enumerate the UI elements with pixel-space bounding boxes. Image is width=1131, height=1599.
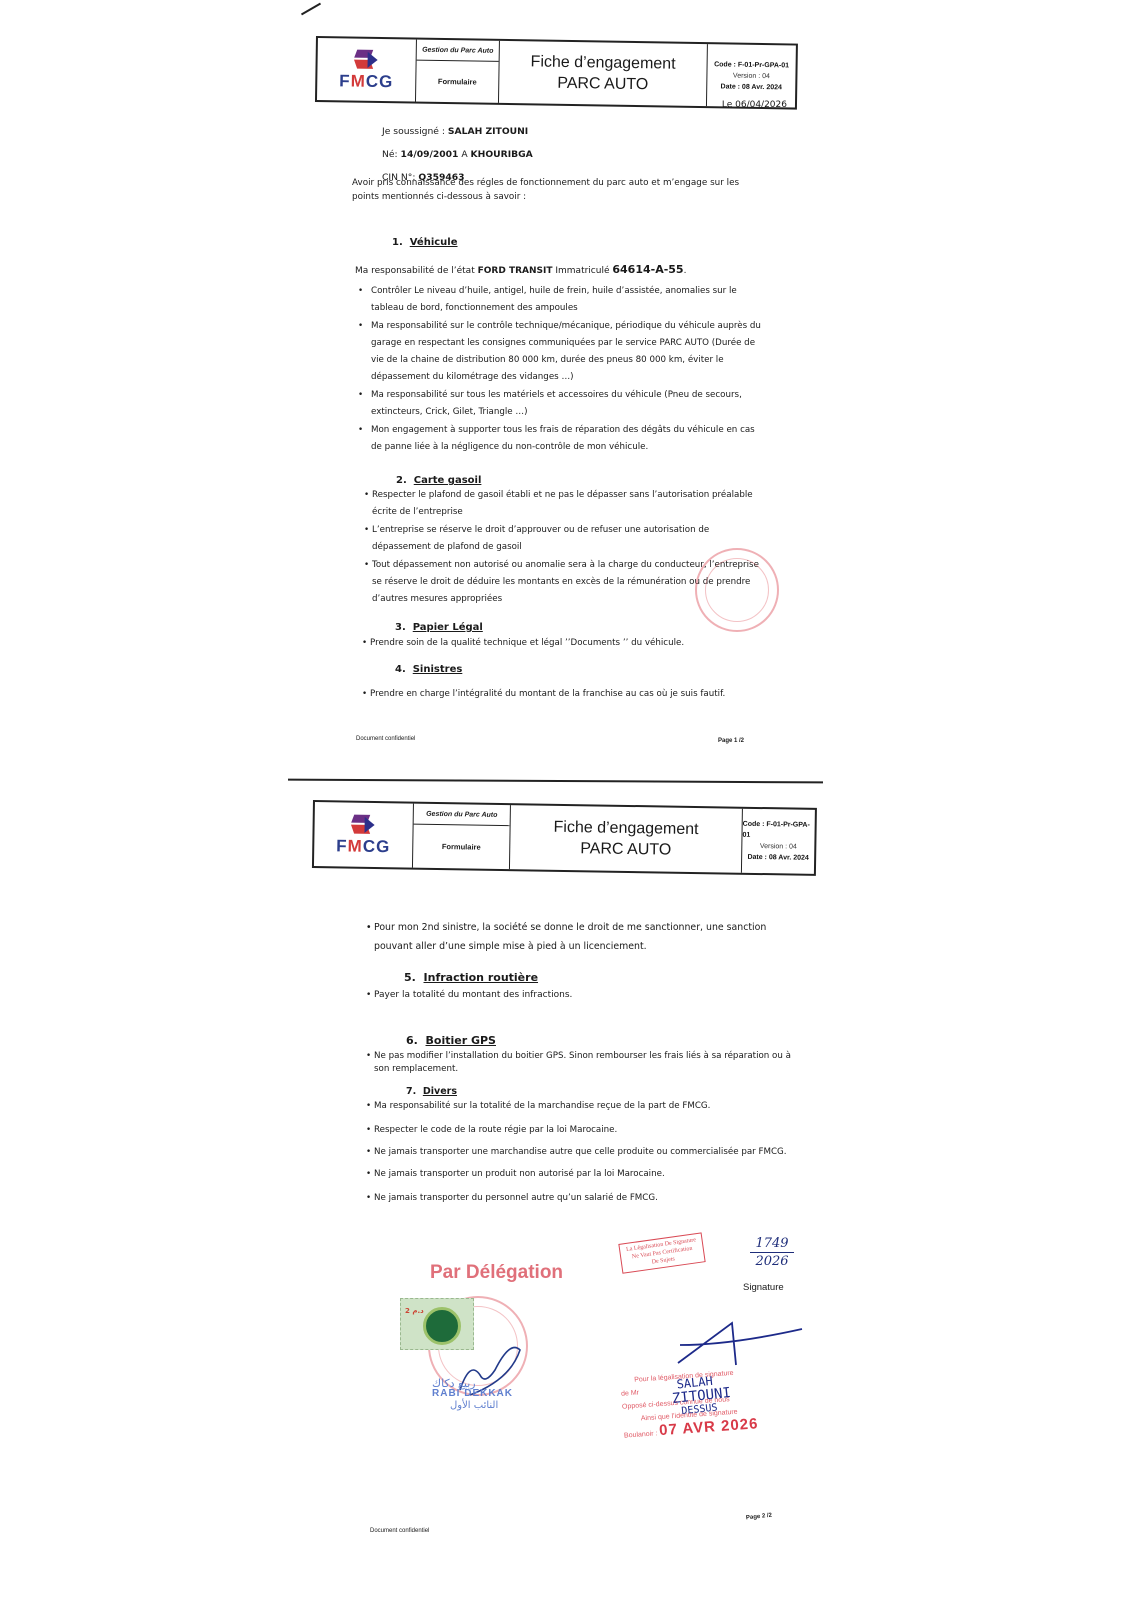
papier-items: Prendre soin de la qualité technique et … xyxy=(362,635,772,653)
section-title-carte-gasoil: 2. Carte gasoil xyxy=(396,475,481,486)
list-item: Ma responsabilité sur tous les matériels… xyxy=(355,387,767,421)
section-title-text: Papier Légal xyxy=(413,622,483,633)
title-line-1: Fiche d’engagement xyxy=(530,51,675,74)
vehicle-lead: Ma responsabilité de l’état FORD TRANSIT… xyxy=(355,263,686,276)
list-item: Prendre soin de la qualité technique et … xyxy=(362,635,772,652)
scan-edge xyxy=(301,3,321,16)
sinistres-items: Prendre en charge l’intégralité du monta… xyxy=(362,686,782,704)
section-num: 3. xyxy=(395,622,406,633)
section-title-text: Sinistres xyxy=(413,664,463,675)
company-logo: FMCG xyxy=(317,38,417,102)
fiscal-value: 2 د.م xyxy=(405,1307,424,1315)
list-item: Mon engagement à supporter tous les frai… xyxy=(355,422,767,456)
page-number: Page 1 /2 xyxy=(718,738,744,744)
list-item: L’entreprise se réserve le droit d’appro… xyxy=(364,522,764,556)
header-doc-type: Formulaire xyxy=(416,61,499,103)
birth-date: 14/09/2001 xyxy=(401,149,459,160)
vehicle-model: FORD TRANSIT xyxy=(478,266,553,276)
section-title-text: Divers xyxy=(423,1086,457,1097)
document-header: FMCG Gestion du Parc Auto Formulaire Fic… xyxy=(312,800,817,876)
soussigne-label: Je soussigné : xyxy=(382,126,445,137)
section-title-sinistres: 4. Sinistres xyxy=(395,664,462,675)
vehicle-items: Contrôler Le niveau d’huile, antigel, hu… xyxy=(355,283,767,457)
header-title: Fiche d’engagement PARC AUTO xyxy=(499,41,708,106)
birth-sep: A xyxy=(461,149,467,160)
doc-date: Date : 08 Avr. 2024 xyxy=(720,81,782,93)
registry-number: 1749 2026 xyxy=(750,1236,794,1269)
logo-text: FMCG xyxy=(336,836,390,857)
logo-text: FMCG xyxy=(339,71,393,92)
list-item: Payer la totalité du montant des infract… xyxy=(366,987,776,1004)
legal-line: Boulanoir : xyxy=(624,1430,658,1439)
officer-name: RABI DEKKAK xyxy=(432,1388,513,1399)
par-delegation-stamp: Par Délégation xyxy=(430,1262,563,1284)
page-separator xyxy=(288,779,823,784)
section-title-vehicule: 1. Véhicule xyxy=(392,237,458,248)
list-item: Respecter le plafond de gasoil établi et… xyxy=(364,487,764,521)
gps-items: Ne pas modifier l’installation du boitie… xyxy=(366,1050,794,1077)
section-title-papier-legal: 3. Papier Légal xyxy=(395,622,483,633)
list-item: Ma responsabilité sur le contrôle techni… xyxy=(355,318,767,386)
section-num: 4. xyxy=(395,664,406,675)
section-num: 5. xyxy=(404,971,416,984)
section-title-gps: 6. Boitier GPS xyxy=(406,1034,496,1047)
page-2: FMCG Gestion du Parc Auto Formulaire Fic… xyxy=(300,790,825,1590)
page-1: FMCG Gestion du Parc Auto Formulaire Fic… xyxy=(300,0,825,770)
birth-place: KHOURIBGA xyxy=(471,149,533,160)
section-num: 6. xyxy=(406,1034,418,1047)
title-line-1: Fiche d’engagement xyxy=(553,817,698,840)
header-meta: Code : F-01-Pr-GPA-01 Version : 04 Date … xyxy=(742,809,815,874)
footer-confidential: Document confidentiel xyxy=(356,736,415,742)
list-item: Ne jamais transporter un produit non aut… xyxy=(366,1166,796,1183)
logo-arrow-icon xyxy=(353,48,379,72)
section-title-infraction: 5. Infraction routière xyxy=(404,971,538,984)
header-doc-type: Formulaire xyxy=(413,825,510,870)
handwritten-name: SALAH ZITOUNI DESSUS xyxy=(670,1372,733,1420)
list-item: Contrôler Le niveau d’huile, antigel, hu… xyxy=(355,283,767,317)
section-num: 1. xyxy=(392,237,403,248)
letter-date: Le 06/04/2026 xyxy=(722,100,787,110)
company-round-stamp xyxy=(695,548,779,632)
doc-date: Date : 08 Avr. 2024 xyxy=(747,852,809,864)
employee-name: SALAH ZITOUNI xyxy=(448,126,528,137)
section-num: 7. xyxy=(406,1086,416,1097)
vehicle-plate: 64614-A-55 xyxy=(612,263,683,276)
registry-num: 1749 xyxy=(755,1236,788,1251)
title-line-2: PARC AUTO xyxy=(557,73,648,95)
header-department: Gestion du Parc Auto xyxy=(417,40,499,62)
list-item: Ne jamais transporter une marchandise au… xyxy=(366,1146,796,1159)
doc-code: Code : F-01-Pr-GPA-01 xyxy=(714,59,789,71)
section-title-text: Infraction routière xyxy=(424,971,539,984)
logo-arrow-icon xyxy=(350,813,376,837)
list-item: Ma responsabilité sur la totalité de la … xyxy=(366,1098,796,1115)
section-title-text: Véhicule xyxy=(410,237,458,248)
employee-signature xyxy=(670,1315,810,1370)
born-label: Né: xyxy=(382,149,398,160)
sinistres-continued: Pour mon 2nd sinistre, la société se don… xyxy=(366,918,796,957)
legalization-notice-stamp: La Légalisation De Signature Ne Vaut Pas… xyxy=(618,1232,706,1273)
signature-label: Signature xyxy=(743,1282,784,1293)
registry-year: 2026 xyxy=(755,1254,788,1269)
list-item: Respecter le code de la route régie par … xyxy=(366,1122,796,1139)
doc-code: Code : F-01-Pr-GPA-01 xyxy=(742,819,814,842)
doc-version: Version : 04 xyxy=(760,841,797,853)
list-item: Pour mon 2nd sinistre, la société se don… xyxy=(366,918,796,956)
header-meta: Code : F-01-Pr-GPA-01 Version : 04 Date … xyxy=(707,44,796,107)
intro-text: Avoir pris connaissance des régles de fo… xyxy=(352,176,767,204)
header-department: Gestion du Parc Auto xyxy=(414,804,510,827)
section-title-divers: 7. Divers xyxy=(406,1086,457,1097)
divers-items: Ma responsabilité sur la totalité de la … xyxy=(366,1098,796,1208)
officer-title-arabic: النائب الأول xyxy=(450,1400,498,1411)
doc-version: Version : 04 xyxy=(733,70,770,82)
page-number: Page 2 /2 xyxy=(746,1513,773,1522)
footer-confidential: Document confidentiel xyxy=(370,1528,429,1534)
list-item: Ne pas modifier l’installation du boitie… xyxy=(366,1050,794,1076)
infraction-items: Payer la totalité du montant des infract… xyxy=(366,987,776,1005)
list-item: Prendre en charge l’intégralité du monta… xyxy=(362,686,782,703)
lead-mid: Immatriculé xyxy=(555,266,609,276)
section-title-text: Carte gasoil xyxy=(414,475,482,486)
lead-prefix: Ma responsabilité de l’état xyxy=(355,266,475,276)
title-line-2: PARC AUTO xyxy=(580,838,671,860)
header-title: Fiche d’engagement PARC AUTO xyxy=(510,805,743,873)
company-logo: FMCG xyxy=(314,802,414,868)
document-header: FMCG Gestion du Parc Auto Formulaire Fic… xyxy=(315,36,798,110)
list-item: Ne jamais transporter du personnel autre… xyxy=(366,1190,796,1207)
section-num: 2. xyxy=(396,475,407,486)
section-title-text: Boitier GPS xyxy=(426,1034,496,1047)
